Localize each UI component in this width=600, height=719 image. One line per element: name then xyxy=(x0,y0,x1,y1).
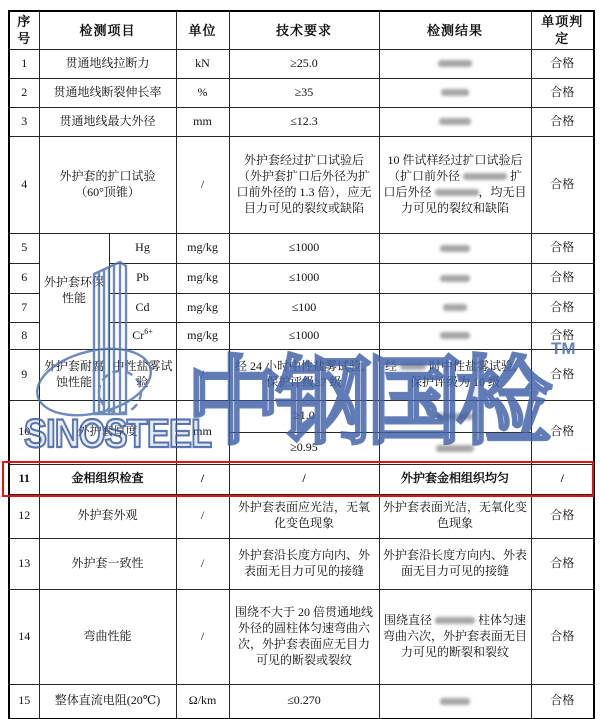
cell-item: 外护套外观 xyxy=(39,494,176,538)
cell-requirement: ≥1.0 xyxy=(229,400,379,432)
cell-unit: / xyxy=(176,349,229,400)
cell-item: 弯曲性能 xyxy=(39,589,176,684)
cell-item-sub: Cr6+ xyxy=(109,322,176,349)
cell-row-number: 13 xyxy=(9,538,39,589)
table-row: 11金相组织检查//外护套金相组织均匀/ xyxy=(9,464,594,494)
cell-result xyxy=(379,400,531,432)
cell-result: 10 件试样经过扩口试验后（扩口前外径 扩口后外径 ，均无目力可见的裂纹和缺陷 xyxy=(379,136,531,233)
cell-verdict: 合格 xyxy=(531,589,594,684)
cell-row-number: 14 xyxy=(9,589,39,684)
cell-requirement: 围绕不大于 20 倍贯通地线外径的圆柱体匀速弯曲六次，外护套表面应无目力可见的断… xyxy=(229,589,379,684)
redacted-value xyxy=(436,445,474,452)
cell-unit: / xyxy=(176,136,229,233)
redacted-value xyxy=(436,413,474,420)
cell-requirement: ≤1000 xyxy=(229,233,379,263)
cell-result xyxy=(379,49,531,78)
cell-item-sub: Cd xyxy=(109,293,176,322)
redacted-value xyxy=(441,89,469,96)
table-row: 3贯通地线最大外径mm≤12.3合格 xyxy=(9,107,594,136)
redacted-value xyxy=(438,60,472,67)
cell-unit: mg/kg xyxy=(176,263,229,293)
table-row: 13外护套一致性/外护套沿长度方向内、外表面无目力可见的接缝外护套沿长度方向内、… xyxy=(9,538,594,589)
redacted-value xyxy=(435,617,475,624)
cell-unit: / xyxy=(176,589,229,684)
cell-item: 贯通地线拉断力 xyxy=(39,49,176,78)
cell-unit: mm xyxy=(176,400,229,464)
cell-row-number: 10 xyxy=(9,400,39,464)
cell-requirement: ≤0.270 xyxy=(229,684,379,719)
cell-requirement: 外护套表面应光洁，无氧化变色现象 xyxy=(229,494,379,538)
table-row: 5外护套环保性能Hgmg/kg≤1000合格 xyxy=(9,233,594,263)
cell-row-number: 12 xyxy=(9,494,39,538)
cell-requirement: ≥35 xyxy=(229,78,379,107)
redacted-value xyxy=(440,698,470,705)
cell-row-number: 6 xyxy=(9,263,39,293)
cell-row-number: 2 xyxy=(9,78,39,107)
table-row: 12外护套外观/外护套表面应光洁，无氧化变色现象外护套表面光洁，无氧化变色现象合… xyxy=(9,494,594,538)
cell-verdict: 合格 xyxy=(531,494,594,538)
cell-verdict: 合格 xyxy=(531,78,594,107)
report-page: 序号 检测项目 单位 技术要求 检测结果 单项判定 1贯通地线拉断力kN≥25.… xyxy=(0,0,600,719)
cell-result xyxy=(379,263,531,293)
redacted-value xyxy=(440,245,470,252)
cell-unit: mm xyxy=(176,107,229,136)
cell-row-number: 4 xyxy=(9,136,39,233)
cell-unit: / xyxy=(176,494,229,538)
cell-item: 金相组织检查 xyxy=(39,464,176,494)
cell-item-sub: 中性盐雾试验 xyxy=(109,349,176,400)
cell-result: 外护套沿长度方向内、外表面无目力可见的接缝 xyxy=(379,538,531,589)
col-header-verdict: 单项判定 xyxy=(531,11,594,49)
cell-requirement: 经 24 小时中性盐雾试验，保护评级≥7 级 xyxy=(229,349,379,400)
cell-row-number: 1 xyxy=(9,49,39,78)
cell-item: 贯通地线断裂伸长率 xyxy=(39,78,176,107)
cell-unit: mg/kg xyxy=(176,293,229,322)
cell-unit: Ω/km xyxy=(176,684,229,719)
cell-row-number: 5 xyxy=(9,233,39,263)
cell-row-number: 8 xyxy=(9,322,39,349)
cell-requirement: ≤100 xyxy=(229,293,379,322)
cell-row-number: 3 xyxy=(9,107,39,136)
cell-result xyxy=(379,684,531,719)
cell-item: 贯通地线最大外径 xyxy=(39,107,176,136)
cell-verdict: 合格 xyxy=(531,233,594,263)
redacted-value xyxy=(440,275,470,282)
cell-requirement: ≤1000 xyxy=(229,263,379,293)
cell-verdict: 合格 xyxy=(531,400,594,464)
cell-verdict: 合格 xyxy=(531,349,594,400)
redacted-value xyxy=(435,189,479,196)
cell-result: 外护套金相组织均匀 xyxy=(379,464,531,494)
cell-verdict: 合格 xyxy=(531,684,594,719)
table-row: 14弯曲性能/围绕不大于 20 倍贯通地线外径的圆柱体匀速弯曲六次，外护套表面应… xyxy=(9,589,594,684)
cell-result xyxy=(379,233,531,263)
cell-item-sub: Hg xyxy=(109,233,176,263)
cell-verdict: 合格 xyxy=(531,322,594,349)
redacted-value xyxy=(400,363,426,370)
cell-result: 外护套表面光洁，无氧化变色现象 xyxy=(379,494,531,538)
cell-result xyxy=(379,322,531,349)
cell-result xyxy=(379,78,531,107)
header-row: 序号 检测项目 单位 技术要求 检测结果 单项判定 xyxy=(9,11,594,49)
cell-result xyxy=(379,107,531,136)
table-row: 10外护套厚度mm≥1.0合格 xyxy=(9,400,594,432)
cell-unit: kN xyxy=(176,49,229,78)
cell-result xyxy=(379,432,531,464)
col-header-requirement: 技术要求 xyxy=(229,11,379,49)
cell-requirement: 外护套经过扩口试验后（外护套扩口后外径为扩口前外径的 1.3 倍），应无目力可见… xyxy=(229,136,379,233)
cell-requirement: ≤12.3 xyxy=(229,107,379,136)
cell-item-group: 外护套耐腐蚀性能 xyxy=(39,349,109,400)
cell-requirement: ≤1000 xyxy=(229,322,379,349)
cell-requirement: ≥25.0 xyxy=(229,49,379,78)
cell-verdict: 合格 xyxy=(531,49,594,78)
cell-item-sub: Pb xyxy=(109,263,176,293)
table-row: 15整体直流电阻(20℃)Ω/km≤0.270合格 xyxy=(9,684,594,719)
cell-result xyxy=(379,293,531,322)
cell-item-group: 外护套环保性能 xyxy=(39,233,109,349)
cell-unit: mg/kg xyxy=(176,322,229,349)
cell-unit: / xyxy=(176,538,229,589)
cell-item: 外护套的扩口试验 （60°顶锥） xyxy=(39,136,176,233)
cell-item: 整体直流电阻(20℃) xyxy=(39,684,176,719)
cell-verdict: 合格 xyxy=(531,263,594,293)
redacted-value xyxy=(463,173,507,180)
cell-row-number: 11 xyxy=(9,464,39,494)
redacted-value xyxy=(443,304,467,311)
cell-result: 围绕直径 柱体匀速弯曲六次，外护套表面无目力可见的断裂和裂纹 xyxy=(379,589,531,684)
cell-item: 外护套厚度 xyxy=(39,400,176,464)
cell-verdict: 合格 xyxy=(531,107,594,136)
cell-row-number: 15 xyxy=(9,684,39,719)
cell-requirement: / xyxy=(229,464,379,494)
cell-unit: / xyxy=(176,464,229,494)
table-row: 4外护套的扩口试验 （60°顶锥）/外护套经过扩口试验后（外护套扩口后外径为扩口… xyxy=(9,136,594,233)
table-row: 2贯通地线断裂伸长率%≥35合格 xyxy=(9,78,594,107)
table-row: 9外护套耐腐蚀性能中性盐雾试验/经 24 小时中性盐雾试验，保护评级≥7 级经 … xyxy=(9,349,594,400)
col-header-unit: 单位 xyxy=(176,11,229,49)
cell-verdict: 合格 xyxy=(531,136,594,233)
col-header-result: 检测结果 xyxy=(379,11,531,49)
cell-row-number: 7 xyxy=(9,293,39,322)
cell-requirement: ≥0.95 xyxy=(229,432,379,464)
cell-row-number: 9 xyxy=(9,349,39,400)
cell-item: 外护套一致性 xyxy=(39,538,176,589)
inspection-table: 序号 检测项目 单位 技术要求 检测结果 单项判定 1贯通地线拉断力kN≥25.… xyxy=(8,10,595,719)
col-header-no: 序号 xyxy=(9,11,39,49)
cell-unit: % xyxy=(176,78,229,107)
cell-verdict: / xyxy=(531,464,594,494)
redacted-value xyxy=(440,332,470,339)
cell-result: 经 时中性盐雾试验，保护评级为 10 级 xyxy=(379,349,531,400)
cell-requirement: 外护套沿长度方向内、外表面无目力可见的接缝 xyxy=(229,538,379,589)
cell-verdict: 合格 xyxy=(531,293,594,322)
col-header-item: 检测项目 xyxy=(39,11,176,49)
cell-verdict: 合格 xyxy=(531,538,594,589)
table-row: 1贯通地线拉断力kN≥25.0合格 xyxy=(9,49,594,78)
cell-unit: mg/kg xyxy=(176,233,229,263)
redacted-value xyxy=(439,118,471,125)
